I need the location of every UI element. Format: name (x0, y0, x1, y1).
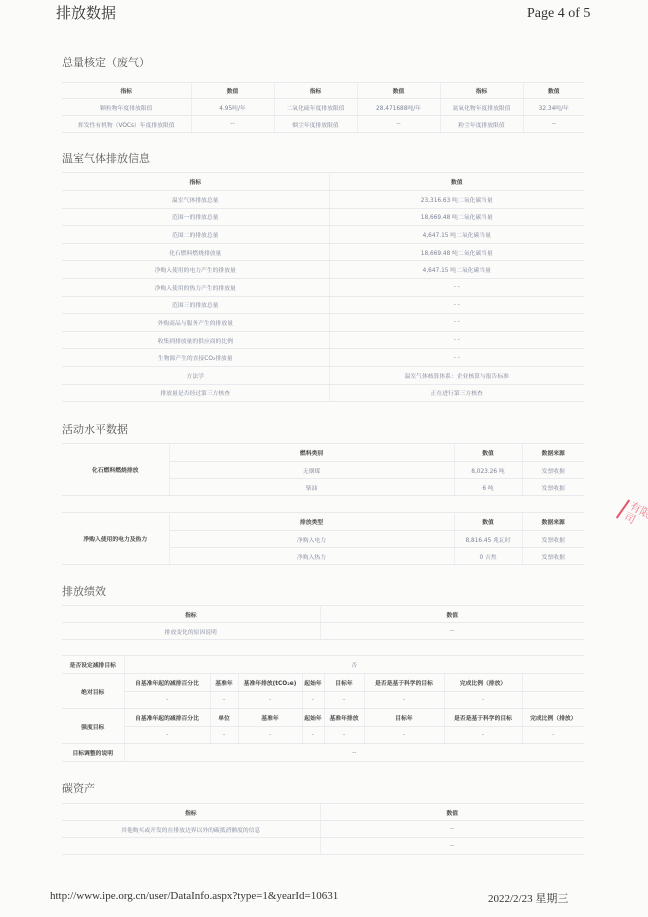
header-cell: 数值 (454, 444, 522, 462)
table-row: 生物源产生的直接CO₂排放量- - (62, 349, 584, 367)
cell: 净购入使用的热力产生的排放量 (62, 278, 329, 296)
performance-table: 指标 数值 排放变化的原因说明 -- (62, 605, 584, 640)
cell: - (238, 692, 302, 709)
header-cell: 数值 (329, 173, 584, 191)
table-row: 外购商品与服务产生的排放量- - (62, 314, 584, 332)
table-row: 方法学温室气体核算体系：企业核算与报告标准 (62, 366, 584, 384)
cell: 0 吉焦 (454, 548, 522, 565)
section-title-carbon-assets: 碳资产 (62, 780, 95, 796)
cell: 23,316.63 吨二氧化碳当量 (329, 191, 584, 209)
header-cell: 自基准年起的减排百分比 (124, 674, 210, 692)
target-adjust-value: -- (124, 744, 584, 762)
cell: 18,669.48 吨二氧化碳当量 (329, 243, 584, 261)
table-row: 排放变化的原因说明 -- (62, 623, 584, 640)
cell: 净购入电力 (169, 531, 454, 548)
total-check-table: 指标 数值 指标 数值 指标 数值 颗粒物年度排放限值 4.95吨/年 二氧化硫… (62, 82, 584, 133)
cell: 发票收据 (522, 548, 584, 565)
header-cell: 指标 (62, 804, 320, 821)
section-title-activity: 活动水平数据 (62, 421, 128, 437)
cell: 正在进行第三方核查 (329, 384, 584, 402)
header-cell: 指标 (440, 83, 523, 99)
activity-fossil-table: 化石燃料燃烧排放 燃料类别 数值 数据来源 无烟煤 8,023.26 吨 发票收… (62, 443, 584, 496)
table-row: 温室气体排放总量23,316.63 吨二氧化碳当量 (62, 191, 584, 209)
cell: - (124, 727, 210, 744)
table-row: 化石燃料燃烧排放量18,669.48 吨二氧化碳当量 (62, 243, 584, 261)
table-row: - - - - - - - - (62, 727, 584, 744)
header-cell: 是否是基于科学的目标 (444, 709, 522, 727)
cell: 化石燃料燃烧排放量 (62, 243, 329, 261)
cell: 发票收据 (522, 462, 584, 479)
table-row: 颗粒物年度排放限值 4.95吨/年 二氧化硫年度排放限值 28.471688吨/… (62, 99, 584, 116)
cell: - - (329, 296, 584, 314)
cell: -- (523, 116, 584, 133)
table-row: 收集到排放量的供应商的比例- - (62, 331, 584, 349)
header-cell: 目标年 (364, 709, 444, 727)
table-row: 排放量是否经过第三方核查正在进行第三方核查 (62, 384, 584, 402)
header-cell: 数据来源 (522, 513, 584, 531)
header-cell: 数值 (320, 804, 584, 821)
cell: 烟尘年度排放限值 (274, 116, 357, 133)
activity-power-table: 净购入使用的电力及热力 排放类型 数值 数据来源 净购入电力 8,816.45 … (62, 512, 584, 565)
cell: 4.95吨/年 (191, 99, 274, 116)
footer-url: http://www.ipe.org.cn/user/DataInfo.aspx… (50, 890, 338, 902)
cell: - (210, 727, 238, 744)
header-cell: 基准年 (238, 709, 302, 727)
cell (62, 838, 320, 855)
cell: - - (329, 349, 584, 367)
reduction-target-table: 是否设定减排目标 否 绝对目标 自基准年起的减排百分比 基准年 基准年排放(tC… (62, 655, 584, 762)
header-cell: 基准年排放(tCO₂e) (238, 674, 302, 692)
cell: - (302, 692, 324, 709)
target-set-value: 否 (124, 656, 584, 674)
target-set-label: 是否设定减排目标 (62, 656, 124, 674)
header-cell: 指标 (62, 173, 329, 191)
header-cell: 燃料类别 (169, 444, 454, 462)
header-cell: 指标 (62, 606, 320, 623)
header-cell: 数值 (454, 513, 522, 531)
cell: 范围三的排放总量 (62, 296, 329, 314)
table-row: - - - - - - - (62, 692, 584, 709)
header-cell: 排放类型 (169, 513, 454, 531)
cell: 6 吨 (454, 479, 522, 496)
cell: - (364, 727, 444, 744)
header-cell: 是否是基于科学的目标 (364, 674, 444, 692)
cell: 范围二的排放总量 (62, 226, 329, 244)
cell: 8,023.26 吨 (454, 462, 522, 479)
cell: - - (329, 278, 584, 296)
cell: 温室气体核算体系：企业核算与报告标准 (329, 366, 584, 384)
company-seal-stamp: 有限公司 (596, 500, 648, 589)
cell: 方法学 (62, 366, 329, 384)
cell: 粉尘年度排放限值 (440, 116, 523, 133)
cell: - (210, 692, 238, 709)
section-title-ghg: 温室气体排放信息 (62, 150, 150, 166)
section-title-performance: 排放绩效 (62, 583, 106, 599)
header-cell: 数值 (191, 83, 274, 99)
header-cell: 目标年 (324, 674, 364, 692)
cell: - (522, 727, 584, 744)
table-row: 范围一的排放总量18,669.48 吨二氧化碳当量 (62, 208, 584, 226)
cell: - - (329, 331, 584, 349)
cell: 4,647.15 吨二氧化碳当量 (329, 226, 584, 244)
fossil-label: 化石燃料燃烧排放 (62, 444, 169, 496)
cell: - (324, 692, 364, 709)
table-row: -- (62, 838, 584, 855)
cell: - (364, 692, 444, 709)
cell: 颗粒物年度排放限值 (62, 99, 191, 116)
header-cell: 起始年 (302, 709, 324, 727)
table-row: 范围二的排放总量4,647.15 吨二氧化碳当量 (62, 226, 584, 244)
cell: 温室气体排放总量 (62, 191, 329, 209)
cell: 收集到排放量的供应商的比例 (62, 331, 329, 349)
table-row: 净购入使用的电力产生的排放量4,647.15 吨二氧化碳当量 (62, 261, 584, 279)
cell: 发票收据 (522, 479, 584, 496)
cell: 二氧化硫年度排放限值 (274, 99, 357, 116)
cell: 范围一的排放总量 (62, 208, 329, 226)
header-cell: 起始年 (302, 674, 324, 692)
cell: -- (320, 838, 584, 855)
cell: - - (329, 314, 584, 332)
header-cell: 完成比例（排放） (444, 674, 522, 692)
cell: 其他购买或开发的在排放边界以外的碳抵消额度的信息 (62, 821, 320, 838)
cell: -- (320, 821, 584, 838)
table-row: 挥发性有机物（VOCs）年度排放限值 -- 烟尘年度排放限值 -- 粉尘年度排放… (62, 116, 584, 133)
intensity-target-label: 强度目标 (62, 709, 124, 744)
cell: 氮氧化物年度排放限值 (440, 99, 523, 116)
cell: 4,647.15 吨二氧化碳当量 (329, 261, 584, 279)
cell: 排放变化的原因说明 (62, 623, 320, 640)
cell: -- (191, 116, 274, 133)
power-label: 净购入使用的电力及热力 (62, 513, 169, 565)
table-row: 其他购买或开发的在排放边界以外的碳抵消额度的信息 -- (62, 821, 584, 838)
header-cell: 数值 (357, 83, 440, 99)
absolute-target-label: 绝对目标 (62, 674, 124, 709)
cell: 8,816.45 兆瓦时 (454, 531, 522, 548)
page-number: Page 4 of 5 (527, 6, 590, 22)
header-cell: 指标 (274, 83, 357, 99)
table-row: 范围三的排放总量- - (62, 296, 584, 314)
header-cell: 基准年排放 (324, 709, 364, 727)
header-cell: 基准年 (210, 674, 238, 692)
cell: 挥发性有机物（VOCs）年度排放限值 (62, 116, 191, 133)
cell: -- (320, 623, 584, 640)
cell: 外购商品与服务产生的排放量 (62, 314, 329, 332)
header-cell: 自基准年起的减排百分比 (124, 709, 210, 727)
cell: - (124, 692, 210, 709)
carbon-assets-table: 指标 数值 其他购买或开发的在排放边界以外的碳抵消额度的信息 -- -- (62, 803, 584, 855)
target-adjust-label: 目标调整的说明 (62, 744, 124, 762)
header-cell: 数值 (320, 606, 584, 623)
cell: 净购入热力 (169, 548, 454, 565)
ghg-table: 指标 数值 温室气体排放总量23,316.63 吨二氧化碳当量范围一的排放总量1… (62, 172, 584, 402)
cell: - (238, 727, 302, 744)
cell: 柴油 (169, 479, 454, 496)
header-cell: 数值 (523, 83, 584, 99)
cell: 生物源产生的直接CO₂排放量 (62, 349, 329, 367)
cell: 排放量是否经过第三方核查 (62, 384, 329, 402)
section-title-total-check: 总量核定（废气） (62, 54, 150, 70)
header-cell: 完成比例（排放） (522, 709, 584, 727)
cell: 18,669.48 吨二氧化碳当量 (329, 208, 584, 226)
cell: 28.471688吨/年 (357, 99, 440, 116)
header-cell: 单位 (210, 709, 238, 727)
cell: 32.34吨/年 (523, 99, 584, 116)
cell: 无烟煤 (169, 462, 454, 479)
cell: - (302, 727, 324, 744)
cell: 发票收据 (522, 531, 584, 548)
cell: -- (357, 116, 440, 133)
cell: - (444, 727, 522, 744)
cell: - (324, 727, 364, 744)
cell: - (444, 692, 522, 709)
header-cell: 指标 (62, 83, 191, 99)
header-cell: 数据来源 (522, 444, 584, 462)
cell: 净购入使用的电力产生的排放量 (62, 261, 329, 279)
footer-date: 2022/2/23 星期三 (488, 890, 568, 906)
page-header-title: 排放数据 (56, 2, 116, 23)
table-row: 净购入使用的热力产生的排放量- - (62, 278, 584, 296)
